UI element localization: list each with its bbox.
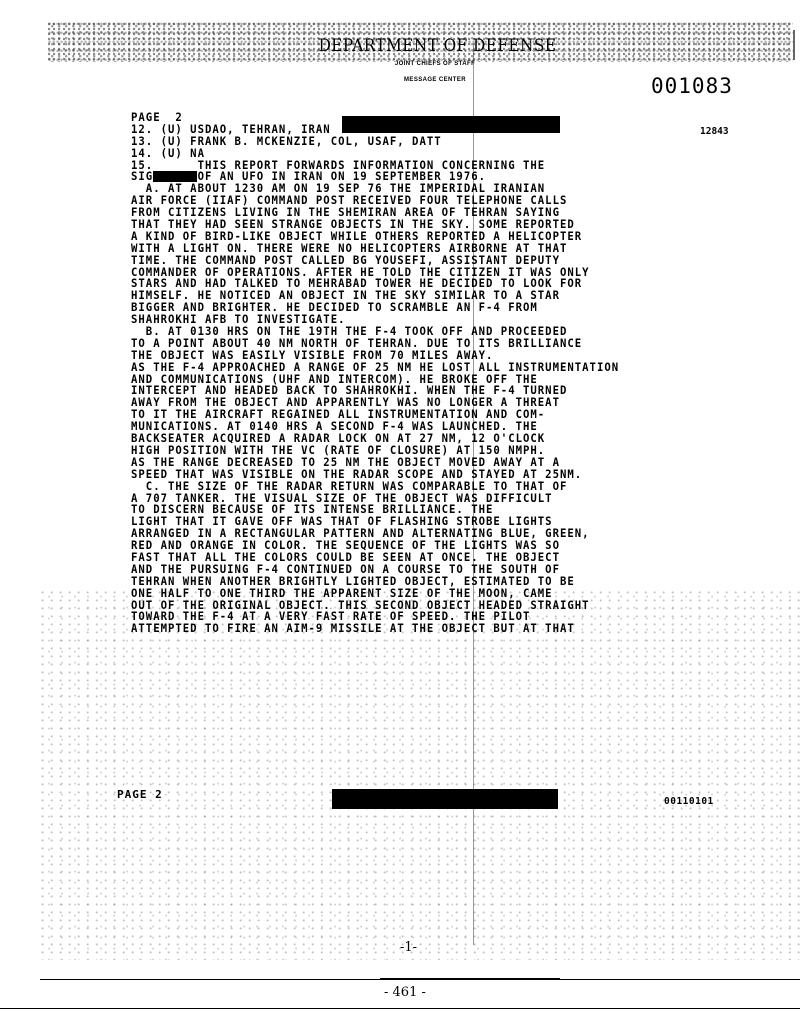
text-line: ONE HALF TO ONE THIRD THE APPARENT SIZE …: [131, 588, 619, 600]
message-body: PAGE 212. (U) USDAO, TEHRAN, IRAN13. (U)…: [131, 112, 619, 635]
joint-chiefs-subtitle: JOINT CHIEFS OF STAFF: [0, 61, 800, 67]
footer-message-id: 00110101: [664, 796, 714, 807]
footer-page-label: PAGE 2: [117, 788, 163, 801]
text-line: 13. (U) FRANK B. MCKENZIE, COL, USAF, DA…: [131, 136, 619, 148]
redaction-bar: [153, 171, 197, 182]
divider: [380, 978, 560, 980]
text-line: TIME. THE COMMAND POST CALLED BG YOUSEFI…: [131, 255, 619, 267]
text-line: SPEED THAT WAS VISIBLE ON THE RADAR SCOP…: [131, 469, 619, 481]
text-line: C. THE SIZE OF THE RADAR RETURN WAS COMP…: [131, 481, 619, 493]
page-number: - 461 -: [384, 985, 426, 1000]
text-line: AND THE PURSUING F-4 CONTINUED ON A COUR…: [131, 564, 619, 576]
redaction-bar: [342, 116, 560, 133]
text-line: AS THE RANGE DECREASED TO 25 NM THE OBJE…: [131, 457, 619, 469]
text-line: 14. (U) NA: [131, 148, 619, 160]
divider: [0, 1008, 800, 1009]
text-line: THE OBJECT WAS EASILY VISIBLE FROM 70 MI…: [131, 350, 619, 362]
document-number: 001083: [651, 74, 733, 98]
text-line: WITH A LIGHT ON. THERE WERE NO HELICOPTE…: [131, 243, 619, 255]
text-line: TEHRAN WHEN ANOTHER BRIGHTLY LIGHTED OBJ…: [131, 576, 619, 588]
redaction-bar: [332, 789, 558, 809]
text-line: ATTEMPTED TO FIRE AN AIM-9 MISSILE AT TH…: [131, 623, 619, 635]
scan-noise-lower: [40, 590, 800, 960]
text-line: A KIND OF BIRD-LIKE OBJECT WHILE OTHERS …: [131, 231, 619, 243]
page-marker: -1-: [400, 940, 417, 955]
text-line: AS THE F-4 APPROACHED A RANGE OF 25 NM H…: [131, 362, 619, 374]
scan-edge-mark: [793, 30, 795, 60]
department-title: DEPARTMENT OF DEFENSE: [44, 36, 800, 56]
reference-number: 12843: [700, 126, 729, 137]
